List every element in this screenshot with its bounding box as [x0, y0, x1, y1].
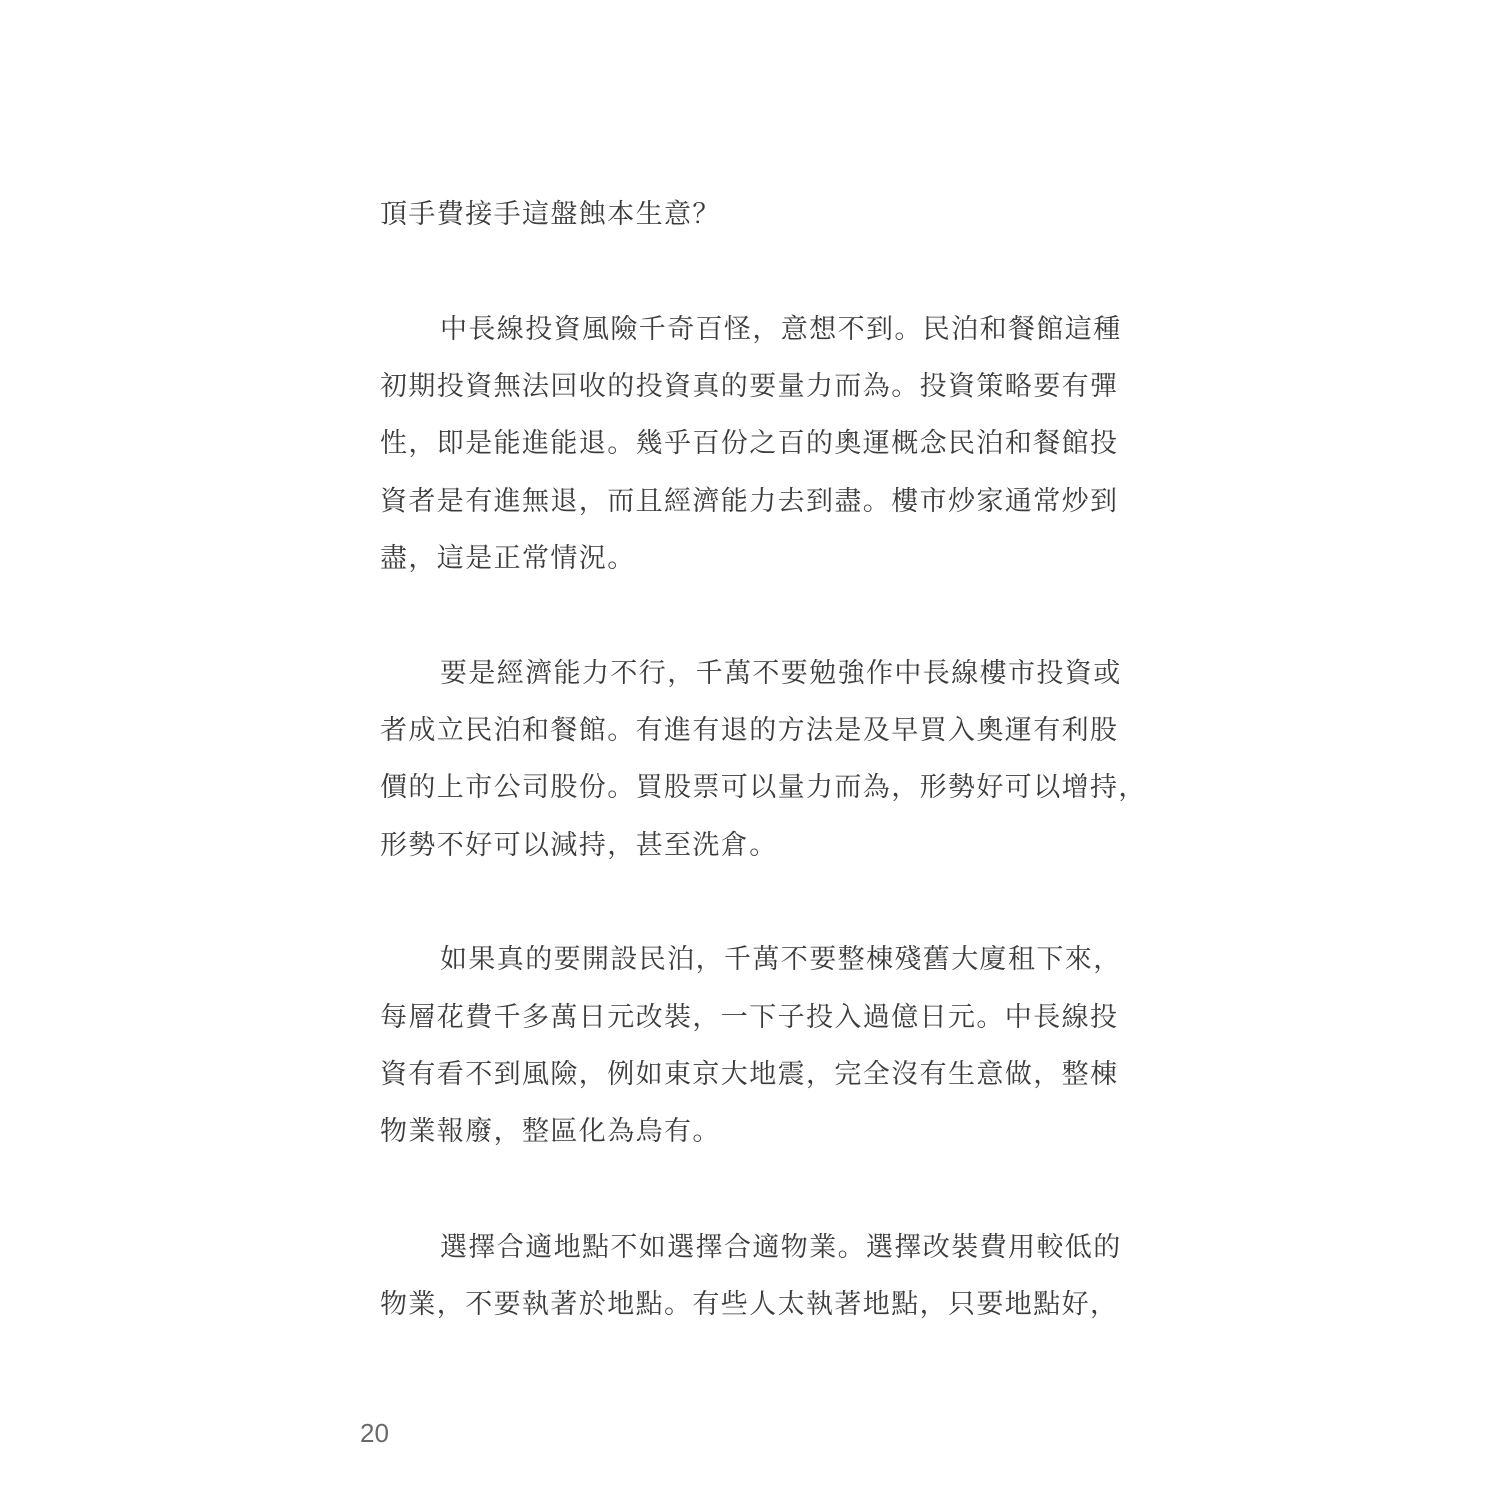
paragraph-2-line-4: 形勢不好可以減持，甚至洗倉。: [380, 826, 778, 866]
paragraph-1-line-2: 初期投資無法回收的投資真的要量力而為。投資策略要有彈: [380, 367, 1118, 407]
paragraph-2-line-3: 價的上市公司股份。買股票可以量力而為，形勢好可以增持，: [380, 768, 1147, 808]
paragraph-1-line-1: 中長線投資風險千奇百怪，意想不到。民泊和餐館這種: [440, 310, 1122, 350]
paragraph-4-line-1: 選擇合適地點不如選擇合適物業。選擇改裝費用較低的: [440, 1228, 1122, 1268]
paragraph-3-line-2: 每層花費千多萬日元改裝，一下子投入過億日元。中長線投: [380, 998, 1118, 1038]
paragraph-2-line-2: 者成立民泊和餐館。有進有退的方法是及早買入奧運有利股: [380, 711, 1118, 751]
paragraph-1-line-5: 盡，這是正常情況。: [380, 539, 636, 579]
paragraph-1-line-4: 資者是有進無退，而且經濟能力去到盡。樓市炒家通常炒到: [380, 482, 1118, 522]
paragraph-2-line-1: 要是經濟能力不行，千萬不要勉強作中長線樓市投資或: [440, 654, 1122, 694]
paragraph-3-line-1: 如果真的要開設民泊，千萬不要整棟殘舊大廈租下來，: [440, 940, 1122, 980]
book-page: 頂手費接手這盤蝕本生意？ 中長線投資風險千奇百怪，意想不到。民泊和餐館這種 初期…: [0, 0, 1500, 1500]
paragraph-1-line-3: 性，即是能進能退。幾乎百份之百的奧運概念民泊和餐館投: [380, 424, 1118, 464]
paragraph-3-line-3: 資有看不到風險，例如東京大地震，完全沒有生意做，整棟: [380, 1055, 1118, 1095]
page-number: 20: [360, 1418, 389, 1449]
continuation-line: 頂手費接手這盤蝕本生意？: [380, 195, 721, 235]
paragraph-4-line-2: 物業，不要執著於地點。有些人太執著地點，只要地點好，: [380, 1285, 1118, 1325]
paragraph-3-line-4: 物業報廢，整區化為烏有。: [380, 1112, 721, 1152]
